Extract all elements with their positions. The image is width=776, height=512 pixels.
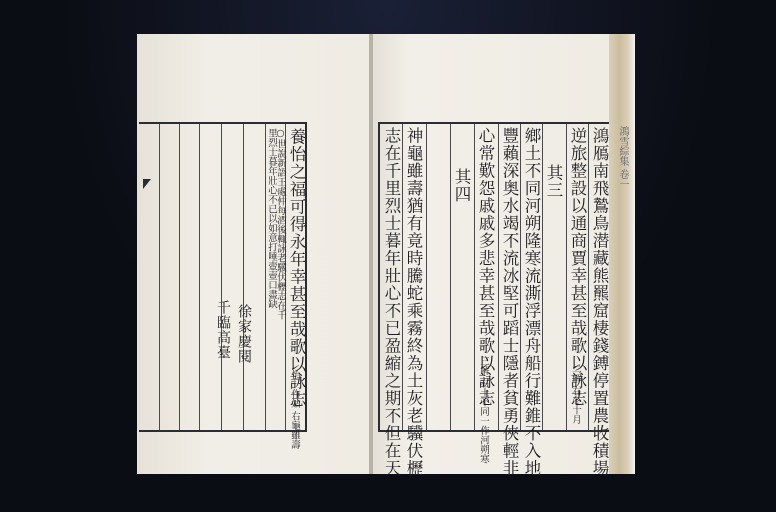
next-title-signature: 千臨高臺	[213, 300, 233, 360]
right-column-4: 鄉土不同河朔隆寒流澌浮漂舟船行難錐不入地	[522, 127, 540, 477]
right-column-6-note: 三解 右土不同一作河朔寒	[478, 356, 488, 426]
reviewer-signature: 徐家慶閱	[234, 304, 254, 364]
right-column-2-note: 二解 右冬十月	[570, 364, 580, 424]
left-page-frame: 養怡之福可得永年幸甚至哉歌以詠志 怡一作姑 右龜雖壽 ○世說新語王處仲每酒後輒詠…	[139, 122, 307, 432]
left-page: 養怡之福可得永年幸甚至哉歌以詠志 怡一作姑 右龜雖壽 ○世說新語王處仲每酒後輒詠…	[137, 34, 371, 474]
right-column-8: 神龜雖壽猶有竟時騰蛇乘霧終為土灰老驥伏櫪	[404, 127, 422, 477]
open-book: 養怡之福可得永年幸甚至哉歌以詠志 怡一作姑 右龜雖壽 ○世說新語王處仲每酒後輒詠…	[137, 34, 637, 474]
right-page-frame: 鴻鴈南飛鷙鳥潜藏熊羆窟棲錢鎛停置農收積場 逆旅整設以通商賈幸甚至哉歌以詠志 二解…	[378, 122, 609, 432]
page-fore-edge: 鴻雪綜集 卷一	[609, 34, 635, 474]
fore-edge-label: 鴻雪綜集 卷一	[615, 126, 630, 189]
section-heading-3: 其三	[544, 164, 562, 199]
right-column-1: 鴻鴈南飛鷙鳥潜藏熊羆窟棲錢鎛停置農收積場	[590, 127, 608, 477]
right-column-9: 志在千里烈士暮年壯心不已盈縮之期不但在天	[382, 127, 400, 477]
section-heading-4: 其四	[452, 168, 470, 203]
left-main-note: 怡一作姑 右龜雖壽	[289, 370, 299, 430]
right-column-5: 豐藾深奥水竭不流冰堅可蹈士隱者貧勇俠輕非	[500, 127, 518, 477]
right-page: 鴻鴈南飛鷙鳥潜藏熊羆窟棲錢鎛停置農收積場 逆旅整設以通商賈幸甚至哉歌以詠志 二解…	[373, 34, 609, 474]
left-annotation-2: 里烈士暮年壯心不已以如意打唾壺壺口盡缺	[266, 128, 276, 309]
left-main-column: 養怡之福可得永年幸甚至哉歌以詠志	[287, 128, 305, 408]
